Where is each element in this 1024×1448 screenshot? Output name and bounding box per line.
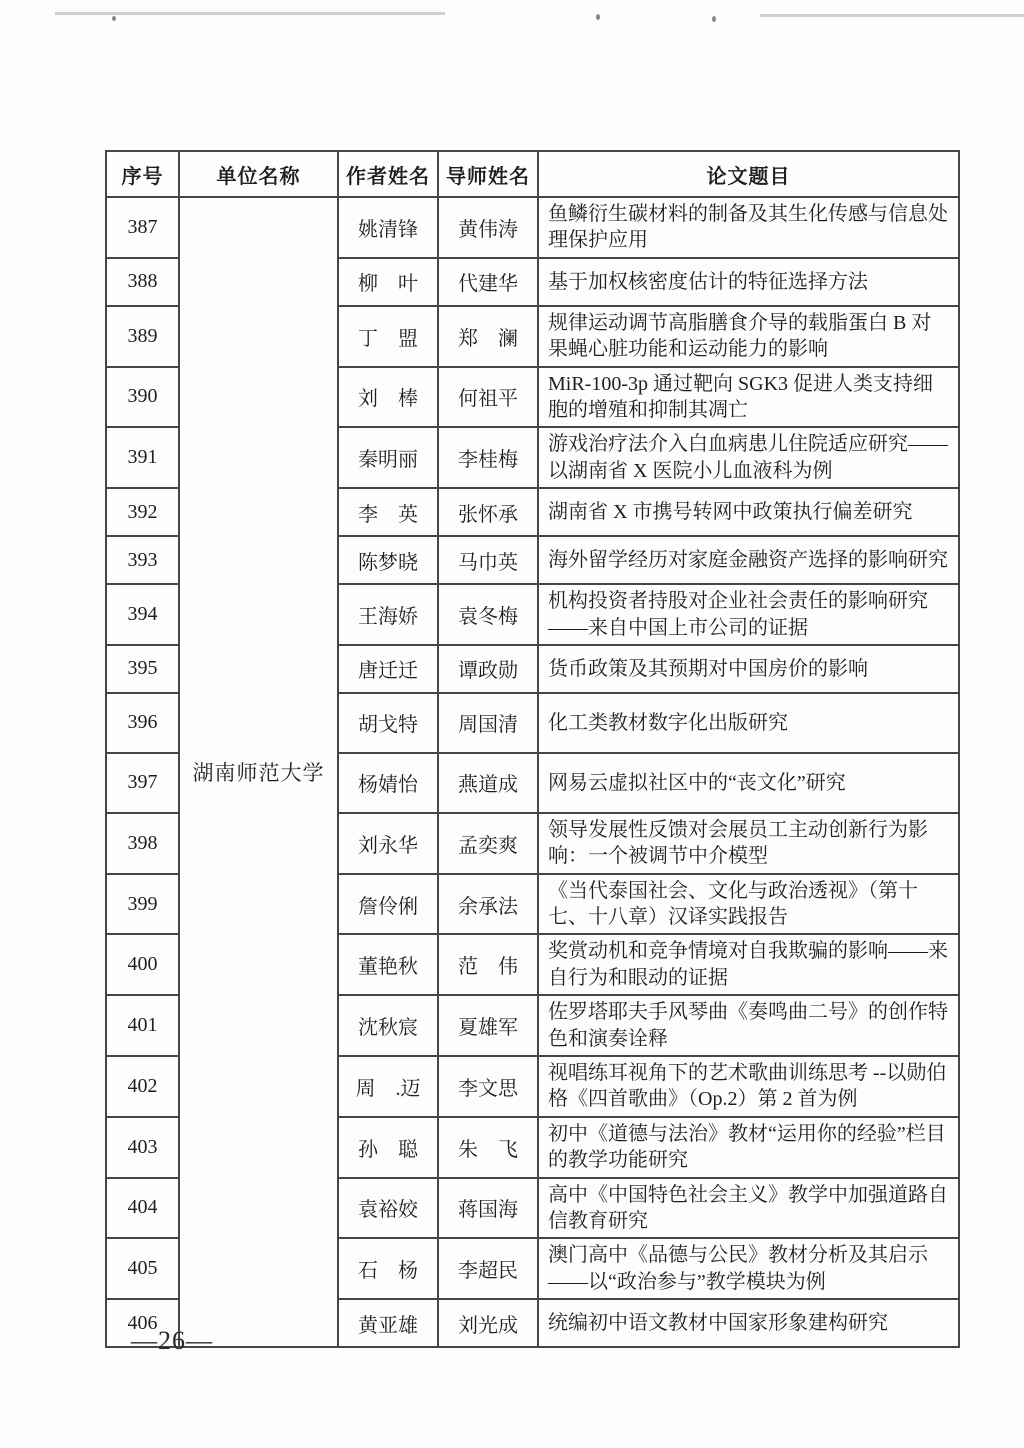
serial-cell: 401 [106,995,179,1056]
serial-cell: 388 [106,258,179,306]
advisor-cell: 范 伟 [438,934,538,995]
title-cell: 初中《道德与法治》教材“运用你的经验”栏目的教学功能研究 [538,1117,959,1178]
advisor-cell: 张怀承 [438,488,538,536]
advisor-cell: 马巾英 [438,536,538,584]
document-page: 序号 单位名称 作者姓名 导师姓名 论文题目 387 湖南师范大学 姚清锋 黄伟… [0,0,1024,1448]
title-cell: 基于加权核密度估计的特征选择方法 [538,258,959,306]
author-cell: 杨婧怡 [338,753,438,813]
serial-cell: 394 [106,584,179,645]
author-cell: 陈梦晓 [338,536,438,584]
author-cell: 董艳秋 [338,934,438,995]
header-unit: 单位名称 [179,151,338,197]
author-cell: 沈秋宸 [338,995,438,1056]
advisor-cell: 郑 澜 [438,306,538,367]
advisor-cell: 李桂梅 [438,427,538,488]
advisor-cell: 朱 飞 [438,1117,538,1178]
title-cell: 佐罗塔耶夫手风琴曲《奏鸣曲二号》的创作特色和演奏诠释 [538,995,959,1056]
author-cell: 黄亚雄 [338,1299,438,1347]
advisor-cell: 蒋国海 [438,1178,538,1239]
author-cell: 石 杨 [338,1238,438,1299]
serial-cell: 398 [106,813,179,874]
author-cell: 刘 棒 [338,367,438,428]
title-cell: MiR-100-3p 通过靶向 SGK3 促进人类支持细胞的增殖和抑制其凋亡 [538,367,959,428]
author-cell: 柳 叶 [338,258,438,306]
advisor-cell: 李超民 [438,1238,538,1299]
serial-cell: 402 [106,1056,179,1117]
title-cell: 高中《中国特色社会主义》教学中加强道路自信教育研究 [538,1178,959,1239]
advisor-cell: 刘光成 [438,1299,538,1347]
header-author: 作者姓名 [338,151,438,197]
title-cell: 机构投资者持股对企业社会责任的影响研究——来自中国上市公司的证据 [538,584,959,645]
title-cell: 澳门高中《品德与公民》教材分析及其启示——以“政治参与”教学模块为例 [538,1238,959,1299]
serial-cell: 393 [106,536,179,584]
serial-cell: 392 [106,488,179,536]
scan-artifact [55,12,445,15]
advisor-cell: 谭政勋 [438,645,538,693]
header-serial: 序号 [106,151,179,197]
title-cell: 海外留学经历对家庭金融资产选择的影响研究 [538,536,959,584]
advisor-cell: 余承法 [438,874,538,935]
title-cell: 《当代泰国社会、文化与政治透视》（第十七、十八章）汉译实践报告 [538,874,959,935]
advisor-cell: 周国清 [438,693,538,753]
serial-cell: 390 [106,367,179,428]
author-cell: 孙 聪 [338,1117,438,1178]
advisor-cell: 何祖平 [438,367,538,428]
serial-cell: 405 [106,1238,179,1299]
advisor-cell: 孟奕爽 [438,813,538,874]
header-title: 论文题目 [538,151,959,197]
serial-cell: 395 [106,645,179,693]
author-cell: 周 .迈 [338,1056,438,1117]
author-cell: 胡戈特 [338,693,438,753]
title-cell: 鱼鳞衍生碳材料的制备及其生化传感与信息处理保护应用 [538,197,959,258]
university-cell: 湖南师范大学 [179,197,338,1347]
title-cell: 湖南省 X 市携号转网中政策执行偏差研究 [538,488,959,536]
advisor-cell: 燕道成 [438,753,538,813]
serial-cell: 403 [106,1117,179,1178]
author-cell: 詹伶俐 [338,874,438,935]
author-cell: 李 英 [338,488,438,536]
table-header-row: 序号 单位名称 作者姓名 导师姓名 论文题目 [106,151,959,197]
advisor-cell: 黄伟涛 [438,197,538,258]
advisor-cell: 夏雄军 [438,995,538,1056]
header-advisor: 导师姓名 [438,151,538,197]
title-cell: 游戏治疗法介入白血病患儿住院适应研究——以湖南省 X 医院小儿血液科为例 [538,427,959,488]
title-cell: 化工类教材数字化出版研究 [538,693,959,753]
serial-cell: 391 [106,427,179,488]
advisor-cell: 袁冬梅 [438,584,538,645]
serial-cell: 404 [106,1178,179,1239]
author-cell: 袁裕姣 [338,1178,438,1239]
author-cell: 秦明丽 [338,427,438,488]
title-cell: 领导发展性反馈对会展员工主动创新行为影响：一个被调节中介模型 [538,813,959,874]
author-cell: 唐迁迁 [338,645,438,693]
author-cell: 王海娇 [338,584,438,645]
title-cell: 规律运动调节高脂膳食介导的载脂蛋白 B 对果蝇心脏功能和运动能力的影响 [538,306,959,367]
serial-cell: 389 [106,306,179,367]
scan-artifact [112,16,116,21]
author-cell: 丁 盟 [338,306,438,367]
advisor-cell: 代建华 [438,258,538,306]
scan-artifact [712,16,716,22]
page-number: —26— [131,1326,213,1356]
advisor-cell: 李文思 [438,1056,538,1117]
author-cell: 姚清锋 [338,197,438,258]
title-cell: 网易云虚拟社区中的“丧文化”研究 [538,753,959,813]
serial-cell: 399 [106,874,179,935]
serial-cell: 396 [106,693,179,753]
serial-cell: 397 [106,753,179,813]
scan-artifact [760,14,1024,17]
title-cell: 奖赏动机和竞争情境对自我欺骗的影响——来自行为和眼动的证据 [538,934,959,995]
title-cell: 视唱练耳视角下的艺术歌曲训练思考 --以勋伯格《四首歌曲》（Op.2）第 2 首… [538,1056,959,1117]
serial-cell: 400 [106,934,179,995]
title-cell: 货币政策及其预期对中国房价的影响 [538,645,959,693]
table-row: 387 湖南师范大学 姚清锋 黄伟涛 鱼鳞衍生碳材料的制备及其生化传感与信息处理… [106,197,959,258]
title-cell: 统编初中语文教材中国家形象建构研究 [538,1299,959,1347]
author-cell: 刘永华 [338,813,438,874]
thesis-table: 序号 单位名称 作者姓名 导师姓名 论文题目 387 湖南师范大学 姚清锋 黄伟… [105,150,960,1348]
scan-artifact [596,14,600,20]
serial-cell: 387 [106,197,179,258]
